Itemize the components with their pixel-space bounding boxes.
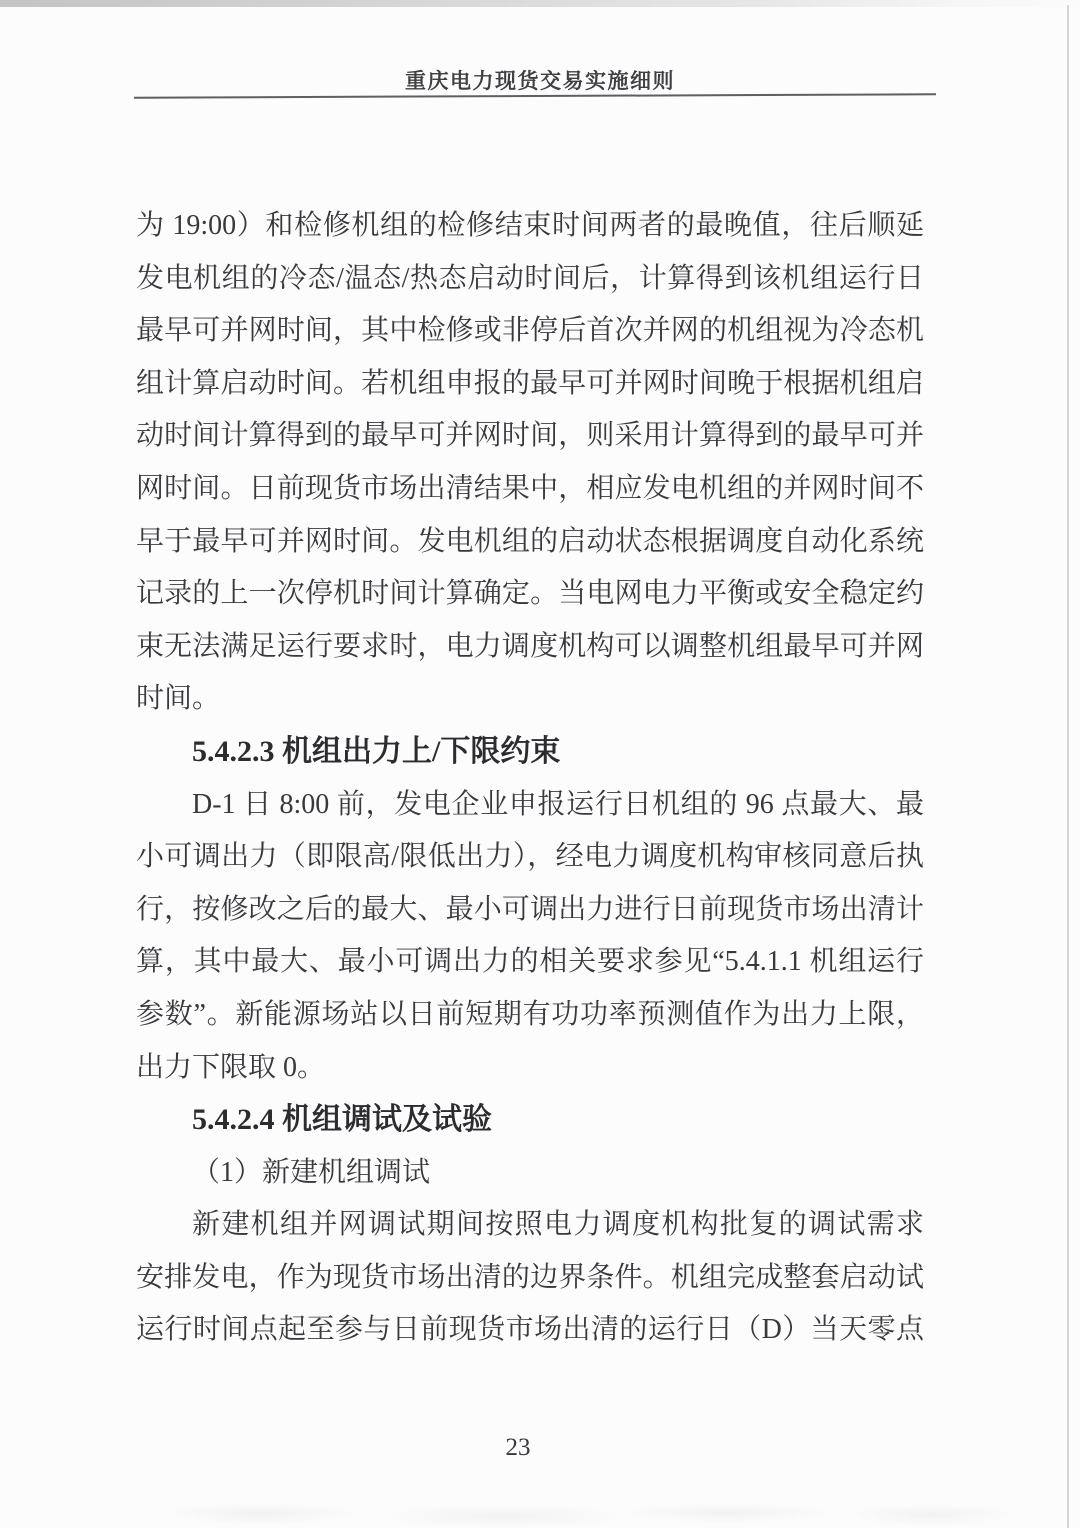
text-line: 安排发电，作为现货市场出清的边界条件。机组完成整套启动试: [136, 1252, 924, 1305]
text-line: D-1 日 8:00 前，发电企业申报运行日机组的 96 点最大、最: [136, 779, 924, 832]
header-title: 重庆电力现货交易实施细则: [0, 65, 1080, 95]
text-line: 时间。: [136, 673, 924, 726]
text-line: 行，按修改之后的最大、最小可调出力进行日前现货市场出清计: [136, 884, 924, 937]
text-line: 组计算启动时间。若机组申报的最早可并网时间晚于根据机组启: [136, 358, 924, 411]
text-line: 最早可并网时间，其中检修或非停后首次并网的机组视为冷态机: [136, 305, 924, 358]
section-heading-5-4-2-4: 5.4.2.4 机组调试及试验: [136, 1094, 924, 1147]
text-line: 网时间。日前现货市场出清结果中，相应发电机组的并网时间不: [136, 463, 924, 516]
text-line: 为 19:00）和检修机组的检修结束时间两者的最晚值，往后顺延: [136, 200, 924, 253]
document-body: 为 19:00）和检修机组的检修结束时间两者的最晚值，往后顺延 发电机组的冷态/…: [136, 200, 924, 1357]
text-line: 出力下限取 0。: [136, 1042, 924, 1095]
text-line: 参数”。新能源场站以日前短期有功功率预测值作为出力上限，: [136, 989, 924, 1042]
scan-noise-bottom: [150, 1490, 1080, 1528]
subsection-item-heading: （1）新建机组调试: [136, 1147, 924, 1200]
text-line: 运行时间点起至参与日前现货市场出清的运行日（D）当天零点: [136, 1304, 924, 1357]
text-line: 早于最早可并网时间。发电机组的启动状态根据调度自动化系统: [136, 516, 924, 569]
text-line: 发电机组的冷态/温态/热态启动时间后，计算得到该机组运行日: [136, 253, 924, 306]
section-heading-5-4-2-3: 5.4.2.3 机组出力上/下限约束: [136, 726, 924, 779]
text-line: 小可调出力（即限高/限低出力），经电力调度机构审核同意后执: [136, 831, 924, 884]
document-page: 重庆电力现货交易实施细则 为 19:00）和检修机组的检修结束时间两者的最晚值，…: [0, 0, 1080, 1528]
text-line: 记录的上一次停机时间计算确定。当电网电力平衡或安全稳定约: [136, 568, 924, 621]
text-line: 新建机组并网调试期间按照电力调度机构批复的调试需求: [136, 1199, 924, 1252]
page-number: 23: [0, 1434, 1058, 1462]
text-line: 束无法满足运行要求时，电力调度机构可以调整机组最早可并网: [136, 621, 924, 674]
scan-edge-right: [1067, 5, 1069, 1528]
text-line: 动时间计算得到的最早可并网时间，则采用计算得到的最早可并: [136, 410, 924, 463]
scan-edge-top: [0, 0, 1080, 7]
text-line: 算，其中最大、最小可调出力的相关要求参见“5.4.1.1 机组运行: [136, 936, 924, 989]
